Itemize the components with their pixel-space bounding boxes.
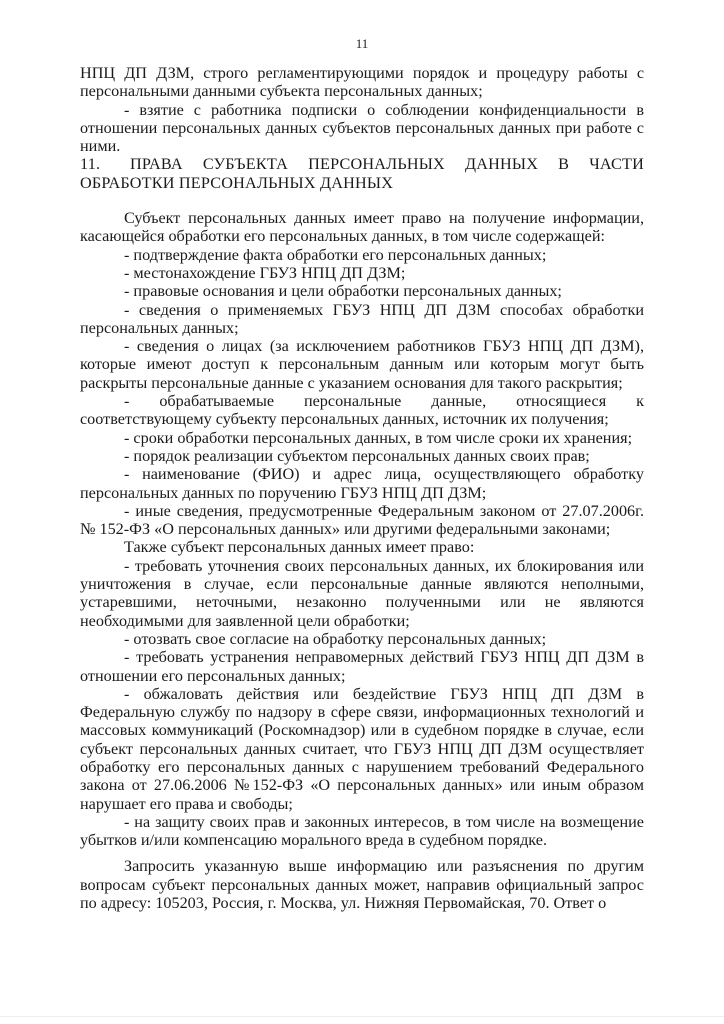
continuation-list-item: - взятие с работника подписки о соблюден… [80,101,644,156]
rights-intro: Также субъект персональных данных имеет … [80,538,644,556]
intro-paragraph: Субъект персональных данных имеет право … [80,209,644,246]
list-item: - правовые основания и цели обработки пе… [80,282,644,300]
list-item: - обжаловать действия или бездействие ГБ… [80,685,644,813]
section-title: ПРАВА СУБЪЕКТА ПЕРСОНАЛЬНЫХ ДАННЫХ В ЧАС… [80,155,644,191]
list-item: - на защиту своих прав и законных интере… [80,813,644,850]
list-item: - отозвать свое согласие на обработку пе… [80,630,644,648]
list-item: - обрабатываемые персональные данные, от… [80,392,644,429]
section-number: 11. [80,155,130,173]
page-edge-divider [0,1016,724,1017]
list-item: - подтверждение факта обработки его перс… [80,246,644,264]
list-item: - порядок реализации субъектом персональ… [80,447,644,465]
section-heading: 11.ПРАВА СУБЪЕКТА ПЕРСОНАЛЬНЫХ ДАННЫХ В … [80,155,644,192]
list-item: - наименование (ФИО) и адрес лица, осуще… [80,465,644,502]
list-item: - требовать уточнения своих персональных… [80,557,644,630]
list-item: - иные сведения, предусмотренные Федерал… [80,502,644,539]
list-item: - сведения о лицах (за исключением работ… [80,337,644,392]
closing-paragraph: Запросить указанную выше информацию или … [80,857,644,912]
list-item: - местонахождение ГБУЗ НПЦ ДП ДЗМ; [80,264,644,282]
page-number: 11 [0,36,724,52]
list-item: - сведения о применяемых ГБУЗ НПЦ ДП ДЗМ… [80,301,644,338]
continuation-paragraph: НПЦ ДП ДЗМ, строго регламентирующими пор… [80,64,644,101]
document-page: 11 НПЦ ДП ДЗМ, строго регламентирующими … [0,0,724,1024]
rights-list: - требовать уточнения своих персональных… [80,557,644,850]
document-body: НПЦ ДП ДЗМ, строго регламентирующими пор… [80,64,644,912]
info-list: - подтверждение факта обработки его перс… [80,246,644,539]
list-item: - сроки обработки персональных данных, в… [80,429,644,447]
list-item: - требовать устранения неправомерных дей… [80,648,644,685]
